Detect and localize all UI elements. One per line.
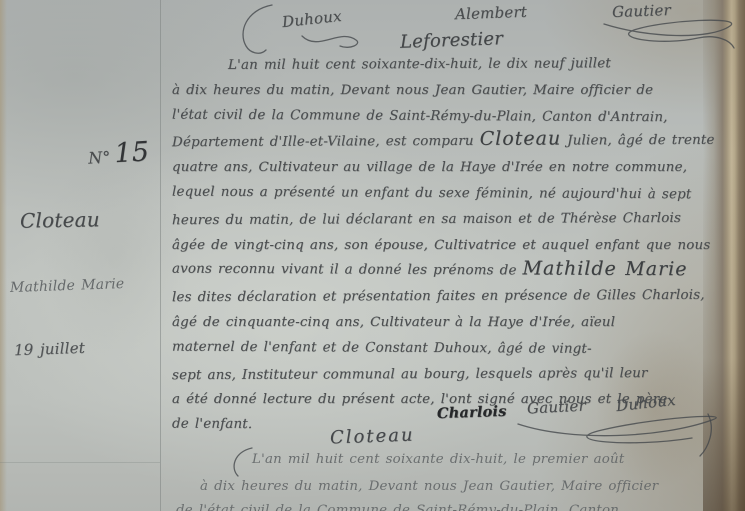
line-text: avons reconnu vivant il a donné les prén… <box>172 262 523 279</box>
line-text: quatre ans, Cultivateur au village de la… <box>172 160 687 175</box>
act-number-value: 15 <box>114 136 150 169</box>
line-text: lequel nous a présenté un enfant du sexe… <box>172 185 692 203</box>
line-text: âgé de cinquante-cinq ans, Cultivateur à… <box>172 315 615 330</box>
next-act-line: L'an mil huit cent soixante dix-huit, le… <box>252 452 624 467</box>
act-text-line: avons reconnu vivant il a donné les prén… <box>172 255 717 284</box>
act-text-line: lequel nous a présenté un enfant du sexe… <box>172 178 717 207</box>
next-act-line: à dix heures du matin, Devant nous Jean … <box>200 479 658 494</box>
act-text-line: à dix heures du matin, Devant nous Jean … <box>172 76 717 102</box>
margin-date: 19 juillet <box>14 339 86 359</box>
act-text-line: sept ans, Instituteur communal au bourg,… <box>172 358 717 386</box>
paper-stain <box>40 150 190 360</box>
act-text-line: âgé de cinquante-cinq ans, Cultivateur à… <box>172 308 717 334</box>
signature-duhoux-top: Duhoux <box>281 7 342 31</box>
line-text: âgée de vingt-cinq ans, son épouse, Cult… <box>172 238 710 253</box>
act-text-line: heures du matin, de lui déclarant en sa … <box>172 204 717 232</box>
act-text-line: L'an mil huit cent soixante-dix-huit, le… <box>172 49 717 77</box>
act-text-line: Département d'Ille-et-Vilaine, est compa… <box>172 126 717 154</box>
line-text: L'an mil huit cent soixante-dix-huit, le… <box>228 56 611 73</box>
signature-gautier-top: Gautier <box>612 1 671 21</box>
next-act-line-clipped: de l'état civil de la Commune de Saint-R… <box>176 503 619 511</box>
line-text: de l'enfant. <box>172 417 252 432</box>
line-text: maternel de l'enfant et de Constant Duho… <box>172 339 592 356</box>
line-text: les dites déclaration et présentation fa… <box>172 288 705 305</box>
act-text-line: l'état civil de la Commune de Saint-Rémy… <box>172 100 717 129</box>
margin-rule-line <box>160 0 161 511</box>
line-text: a été donné lecture du présent acte, l'o… <box>172 392 667 407</box>
line-text: l'état civil de la Commune de Saint-Rémy… <box>172 107 668 125</box>
act-text-line: quatre ans, Cultivateur au village de la… <box>172 153 717 179</box>
act-text-line: âgée de vingt-cinq ans, son épouse, Cult… <box>172 231 717 257</box>
page-left-edge <box>0 0 7 511</box>
civil-register-scan: N°15 Cloteau Mathilde Marie 19 juillet D… <box>0 0 745 511</box>
line-text: Département d'Ille-et-Vilaine, est compa… <box>172 134 480 150</box>
act-number-label: N° <box>88 147 111 167</box>
highlight-name: Mathilde Marie <box>523 258 688 281</box>
act-body: L'an mil huit cent soixante-dix-huit, le… <box>172 50 717 437</box>
highlight-name: Cloteau <box>480 128 562 150</box>
signature-charlois: Charlois <box>437 403 507 422</box>
margin-act-number: N°15 <box>87 136 150 170</box>
act-text-line: maternel de l'enfant et de Constant Duho… <box>172 332 717 361</box>
margin-surname: Cloteau <box>20 207 100 232</box>
signature-cloteau-father: Cloteau <box>330 425 415 449</box>
signature-alembert: Alembert <box>455 3 528 24</box>
line-text: Julien, âgé de trente <box>561 133 714 149</box>
line-text: à dix heures du matin, Devant nous Jean … <box>172 83 653 98</box>
line-text: heures du matin, de lui déclarant en sa … <box>172 211 681 228</box>
act-text-line: les dites déclaration et présentation fa… <box>172 281 717 309</box>
signature-gautier-bottom: Gautier <box>527 396 587 417</box>
line-text: sept ans, Instituteur communal au bourg,… <box>172 366 648 383</box>
paper-crease-line <box>0 462 160 463</box>
